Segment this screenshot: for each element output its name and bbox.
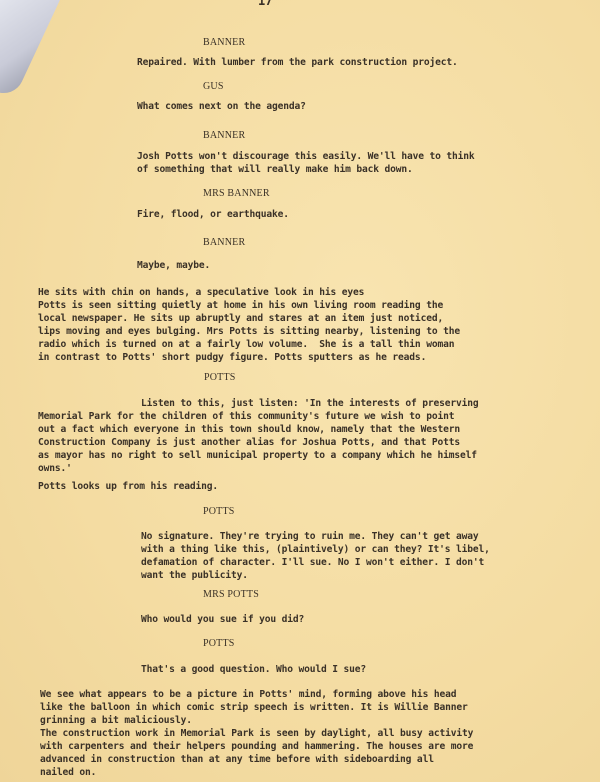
quote-line: as mayor has no right to sell municipal … <box>38 449 477 462</box>
dialogue-line: Josh Potts won't discourage this easily.… <box>137 150 475 163</box>
action-line: We see what appears to be a picture in P… <box>40 688 456 701</box>
action-line: grinning a bit maliciously. <box>40 714 192 727</box>
quote-line: out a fact which everyone in this town s… <box>38 423 460 436</box>
action-line: Potts is seen sitting quietly at home in… <box>38 299 443 312</box>
action-line: nailed on. <box>40 766 96 779</box>
typewritten-page: 17 BANNERRepaired. With lumber from the … <box>0 0 600 782</box>
action-line: lips moving and eyes bulging. Mrs Potts … <box>38 325 460 338</box>
action-line: advanced in construction than at any tim… <box>40 753 434 766</box>
action-line: in contrast to Potts' short pudgy figure… <box>38 351 426 364</box>
page-number: 17 <box>258 0 272 8</box>
quote-line: Listen to this, just listen: 'In the int… <box>141 397 479 410</box>
character-name: BANNER <box>203 236 245 249</box>
dialogue-line: That's a good question. Who would I sue? <box>141 663 366 676</box>
character-name: MRS POTTS <box>203 588 259 601</box>
curled-page-corner <box>0 0 60 100</box>
quote-line: Memorial Park for the children of this c… <box>38 410 454 423</box>
dialogue-line: Fire, flood, or earthquake. <box>137 208 289 221</box>
action-line: The construction work in Memorial Park i… <box>40 727 473 740</box>
dialogue-line: of something that will really make him b… <box>137 163 413 176</box>
action-line: local newspaper. He sits up abruptly and… <box>38 312 443 325</box>
action-line: radio which is turned on at a fairly low… <box>38 338 454 351</box>
character-name: MRS BANNER <box>203 187 270 200</box>
dialogue-line: Maybe, maybe. <box>137 259 210 272</box>
character-name: POTTS <box>203 637 235 650</box>
character-name: POTTS <box>203 505 235 518</box>
character-name: BANNER <box>203 36 245 49</box>
dialogue-line: No signature. They're trying to ruin me.… <box>141 530 479 543</box>
action-line: with carpenters and their helpers poundi… <box>40 740 473 753</box>
dialogue-line: What comes next on the agenda? <box>137 100 306 113</box>
action-line: like the balloon in which comic strip sp… <box>40 701 468 714</box>
character-name: POTTS <box>204 371 236 384</box>
quote-line: Construction Company is just another ali… <box>38 436 460 449</box>
dialogue-line: want the publicity. <box>141 569 248 582</box>
dialogue-line: Who would you sue if you did? <box>141 613 304 626</box>
dialogue-line: Repaired. With lumber from the park cons… <box>137 56 458 69</box>
character-name: BANNER <box>203 129 245 142</box>
dialogue-line: defamation of character. I'll sue. No I … <box>141 556 484 569</box>
dialogue-line: with a thing like this, (plaintively) or… <box>141 543 490 556</box>
character-name: GUS <box>203 80 224 93</box>
action-line: He sits with chin on hands, a speculativ… <box>38 286 364 299</box>
quote-line: owns.' <box>38 462 72 475</box>
action-line: Potts looks up from his reading. <box>38 480 218 493</box>
